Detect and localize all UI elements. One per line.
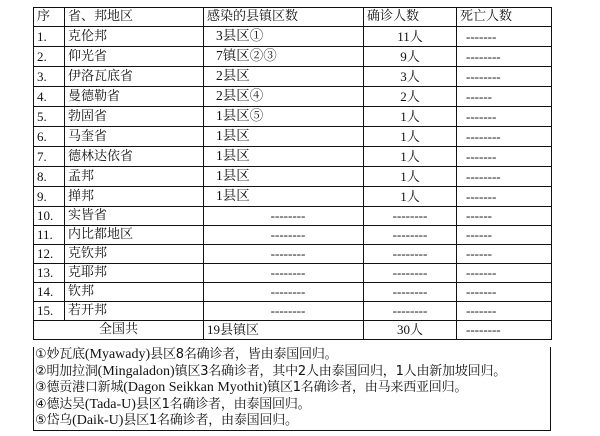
confirmed-count: -------- (364, 264, 457, 283)
death-count: ------- (457, 27, 552, 47)
footnote-text: 镇区1名确诊者，由马来西亚回归。 (267, 380, 467, 395)
death-count: -------- (457, 127, 552, 147)
table-row: 9.掸邦1县区1人------- (34, 187, 552, 207)
header-districts: 感染的县镇区数 (204, 8, 364, 27)
table-row: 8.孟邦1县区1人-------- (34, 167, 552, 187)
row-number: 14. (34, 283, 65, 302)
table-row: 4.曼德勒省2县区④2人------ (34, 87, 552, 107)
region-name: 仰光省 (65, 47, 204, 67)
confirmed-count: 3人 (364, 67, 457, 87)
covid-cases-table: 序 省、邦地区 感染的县镇区数 确诊人数 死亡人数 1.克伦邦3县区①11人--… (33, 7, 552, 340)
row-number: 5. (34, 107, 65, 127)
death-count: -------- (457, 47, 552, 67)
confirmed-count: -------- (364, 302, 457, 321)
header-confirmed: 确诊人数 (364, 8, 457, 27)
infected-districts: 2县区 (204, 67, 364, 87)
region-name: 内比都地区 (65, 226, 204, 245)
confirmed-count: 1人 (364, 167, 457, 187)
confirmed-count: -------- (364, 283, 457, 302)
total-label: 全国共 (34, 321, 204, 340)
confirmed-count: -------- (364, 207, 457, 226)
death-count: ------- (457, 283, 552, 302)
infected-districts: -------- (204, 207, 364, 226)
confirmed-count: 11人 (364, 27, 457, 47)
header-row: 序 省、邦地区 感染的县镇区数 确诊人数 死亡人数 (34, 8, 552, 27)
footnote-latin-name: (Myawady) (85, 347, 150, 362)
confirmed-count: 2人 (364, 87, 457, 107)
table-row: 2.仰光省7镇区②③9人-------- (34, 47, 552, 67)
death-count: ------- (457, 147, 552, 167)
row-number: 12. (34, 245, 65, 264)
infected-districts: 3县区① (204, 27, 364, 47)
infected-districts: -------- (204, 226, 364, 245)
footnote-text: 县区8名确诊者，皆由泰国回归。 (150, 347, 337, 362)
table-row: 14.钦邦----------------------- (34, 283, 552, 302)
table-row: 11.内比都地区---------------------- (34, 226, 552, 245)
header-region: 省、邦地区 (65, 8, 204, 27)
death-count: ------ (457, 207, 552, 226)
row-number: 11. (34, 226, 65, 245)
footnote-latin-name: (Daik-U) (72, 413, 123, 428)
footnote-text: 县区1名确诊者，由泰国回归。 (136, 397, 310, 412)
footnote-latin-name: (Mingaladon) (98, 364, 175, 379)
infected-districts: 2县区④ (204, 87, 364, 107)
region-name: 马奎省 (65, 127, 204, 147)
infected-districts: -------- (204, 283, 364, 302)
footnote-latin-name: (Tada-U) (85, 397, 136, 412)
confirmed-count: 1人 (364, 127, 457, 147)
confirmed-count: 9人 (364, 47, 457, 67)
infected-districts: 1县区 (204, 147, 364, 167)
region-name: 德林达依省 (65, 147, 204, 167)
row-number: 6. (34, 127, 65, 147)
footnotes: ①妙瓦底(Myawady)县区8名确诊者，皆由泰国回归。②明加拉洞(Mingal… (33, 347, 551, 431)
infected-districts: 1县区 (204, 127, 364, 147)
row-number: 7. (34, 147, 65, 167)
table-row: 5.勃固省1县区⑤1人------- (34, 107, 552, 127)
region-name: 勃固省 (65, 107, 204, 127)
footnote-place: ②明加拉洞 (35, 364, 98, 379)
confirmed-count: -------- (364, 226, 457, 245)
death-count: ------- (457, 187, 552, 207)
confirmed-count: -------- (364, 245, 457, 264)
header-deaths: 死亡人数 (457, 8, 552, 27)
table-row: 3.伊洛瓦底省2县区3人-------- (34, 67, 552, 87)
infected-districts: 1县区 (204, 167, 364, 187)
row-number: 4. (34, 87, 65, 107)
death-count: ------ (457, 87, 552, 107)
infected-districts: -------- (204, 245, 364, 264)
region-name: 孟邦 (65, 167, 204, 187)
footnote-text: 镇区3名确诊者，其中2人由泰国回归，1人由新加坡回归。 (175, 364, 506, 379)
footnote-item: ④德达吴(Tada-U)县区1名确诊者，由泰国回归。 (35, 397, 550, 414)
footnote-place: ④德达吴 (35, 397, 85, 412)
region-name: 伊洛瓦底省 (65, 67, 204, 87)
row-number: 2. (34, 47, 65, 67)
table-row: 10.实皆省---------------------- (34, 207, 552, 226)
infected-districts: 7镇区②③ (204, 47, 364, 67)
region-name: 克耶邦 (65, 264, 204, 283)
footnote-item: ②明加拉洞(Mingaladon)镇区3名确诊者，其中2人由泰国回归，1人由新加… (35, 364, 550, 381)
footnote-item: ①妙瓦底(Myawady)县区8名确诊者，皆由泰国回归。 (35, 347, 550, 364)
death-count: ------- (457, 264, 552, 283)
death-count: -------- (457, 67, 552, 87)
infected-districts: -------- (204, 302, 364, 321)
row-number: 9. (34, 187, 65, 207)
row-number: 1. (34, 27, 65, 47)
total-deaths: -------- (457, 321, 552, 340)
table-row: 1.克伦邦3县区①11人------- (34, 27, 552, 47)
death-count: ------- (457, 107, 552, 127)
table-row: 15.若开邦----------------------- (34, 302, 552, 321)
footnote-place: ①妙瓦底 (35, 347, 85, 362)
infected-districts: 1县区 (204, 187, 364, 207)
region-name: 掸邦 (65, 187, 204, 207)
region-name: 若开邦 (65, 302, 204, 321)
footnote-place: ⑤岱乌 (35, 413, 72, 428)
confirmed-count: 1人 (364, 107, 457, 127)
row-number: 3. (34, 67, 65, 87)
row-number: 15. (34, 302, 65, 321)
infected-districts: 1县区⑤ (204, 107, 364, 127)
region-name: 克伦邦 (65, 27, 204, 47)
region-name: 曼德勒省 (65, 87, 204, 107)
row-number: 8. (34, 167, 65, 187)
death-count: ------ (457, 226, 552, 245)
death-count: ------ (457, 245, 552, 264)
footnote-item: ⑤岱乌(Daik-U)县区1名确诊者，由泰国回归。 (35, 413, 550, 430)
infected-districts: -------- (204, 264, 364, 283)
footnote-item: ③德贡港口新城(Dagon Seikkan Myothit)镇区1名确诊者，由马… (35, 380, 550, 397)
region-name: 克钦邦 (65, 245, 204, 264)
table-row: 12.克钦邦---------------------- (34, 245, 552, 264)
row-number: 10. (34, 207, 65, 226)
death-count: ------- (457, 302, 552, 321)
row-number: 13. (34, 264, 65, 283)
total-districts: 19县镇区 (204, 321, 364, 340)
footnote-place: ③德贡港口新城 (35, 380, 123, 395)
confirmed-count: 1人 (364, 187, 457, 207)
footnote-latin-name: (Dagon Seikkan Myothit) (123, 380, 267, 395)
total-confirmed: 30人 (364, 321, 457, 340)
death-count: -------- (457, 167, 552, 187)
confirmed-count: 1人 (364, 147, 457, 167)
table-row: 13.克耶邦----------------------- (34, 264, 552, 283)
header-no: 序 (34, 8, 65, 27)
table-row: 7.德林达依省1县区1人------- (34, 147, 552, 167)
footnote-text: 县区1名确诊者，由泰国回归。 (123, 413, 297, 428)
region-name: 实皆省 (65, 207, 204, 226)
table-row: 6.马奎省1县区1人-------- (34, 127, 552, 147)
region-name: 钦邦 (65, 283, 204, 302)
total-row: 全国共19县镇区30人-------- (34, 321, 552, 340)
